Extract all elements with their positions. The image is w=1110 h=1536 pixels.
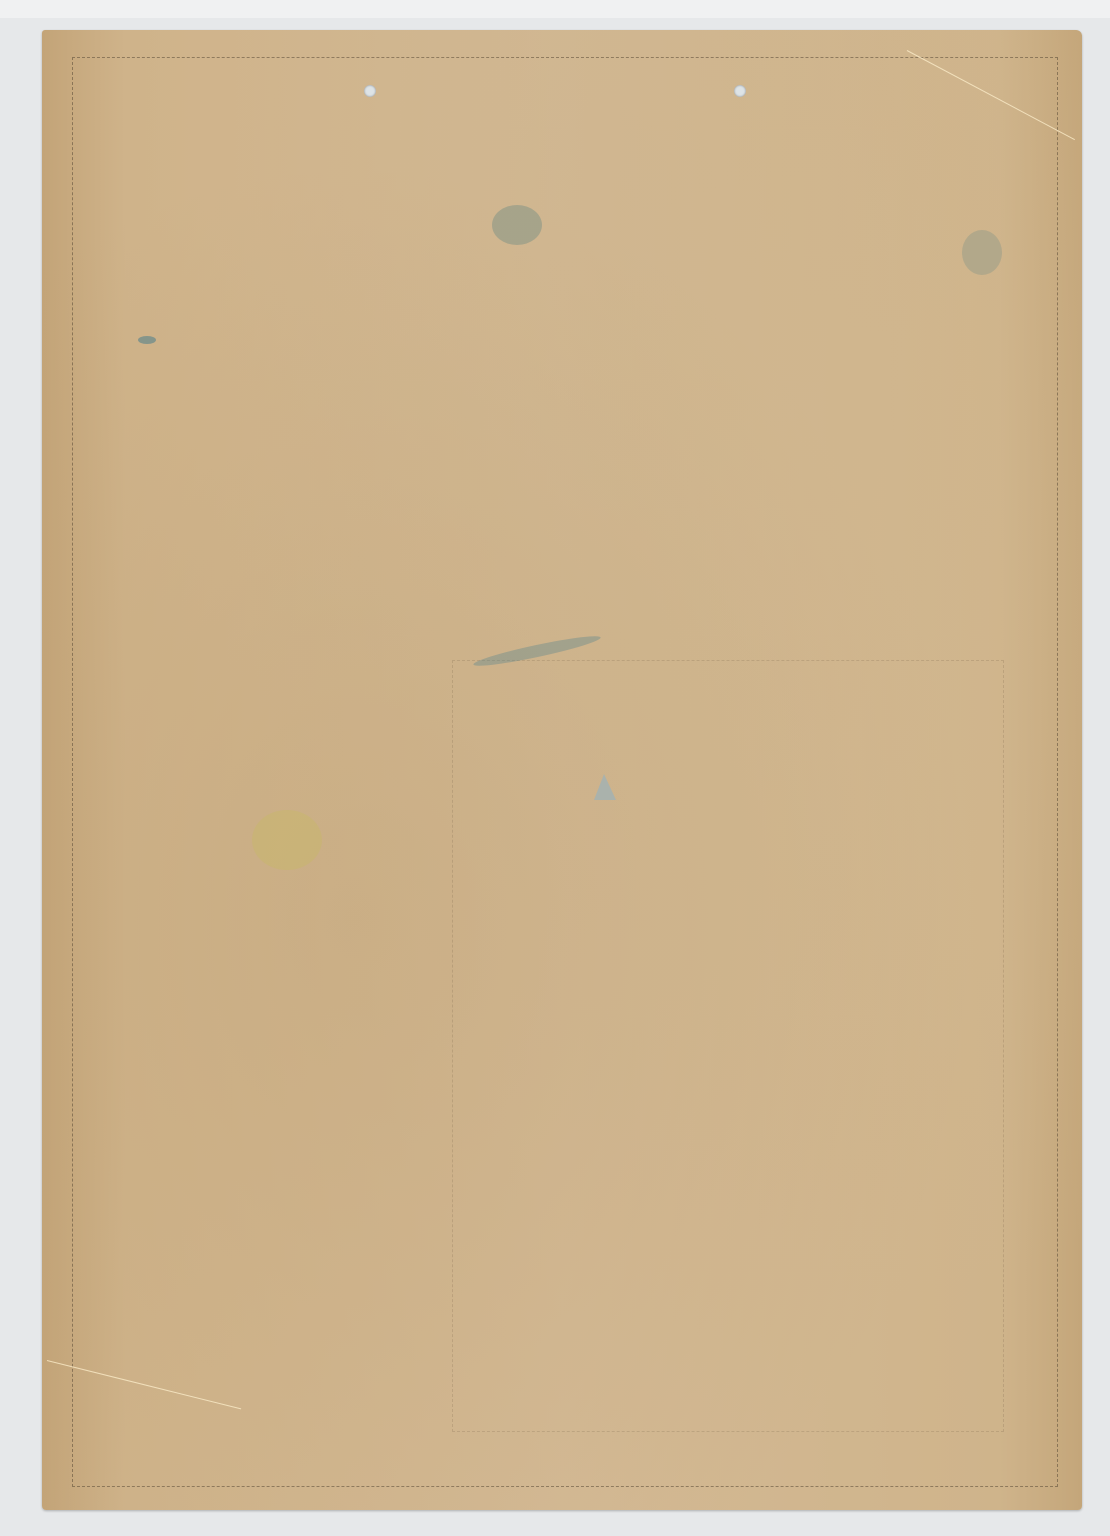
- blue-stain: [492, 205, 542, 245]
- paper-chip: [594, 774, 616, 800]
- faint-inner-border: [452, 660, 1004, 1432]
- scanner-edge: [0, 0, 1110, 18]
- blue-stain: [138, 336, 156, 344]
- yellow-stain: [252, 810, 322, 870]
- show-through-text: [132, 150, 1032, 320]
- punch-hole-right: [734, 85, 746, 97]
- blue-stain: [962, 230, 1002, 275]
- punch-hole-left: [364, 85, 376, 97]
- aged-paper-sheet: [42, 30, 1082, 1510]
